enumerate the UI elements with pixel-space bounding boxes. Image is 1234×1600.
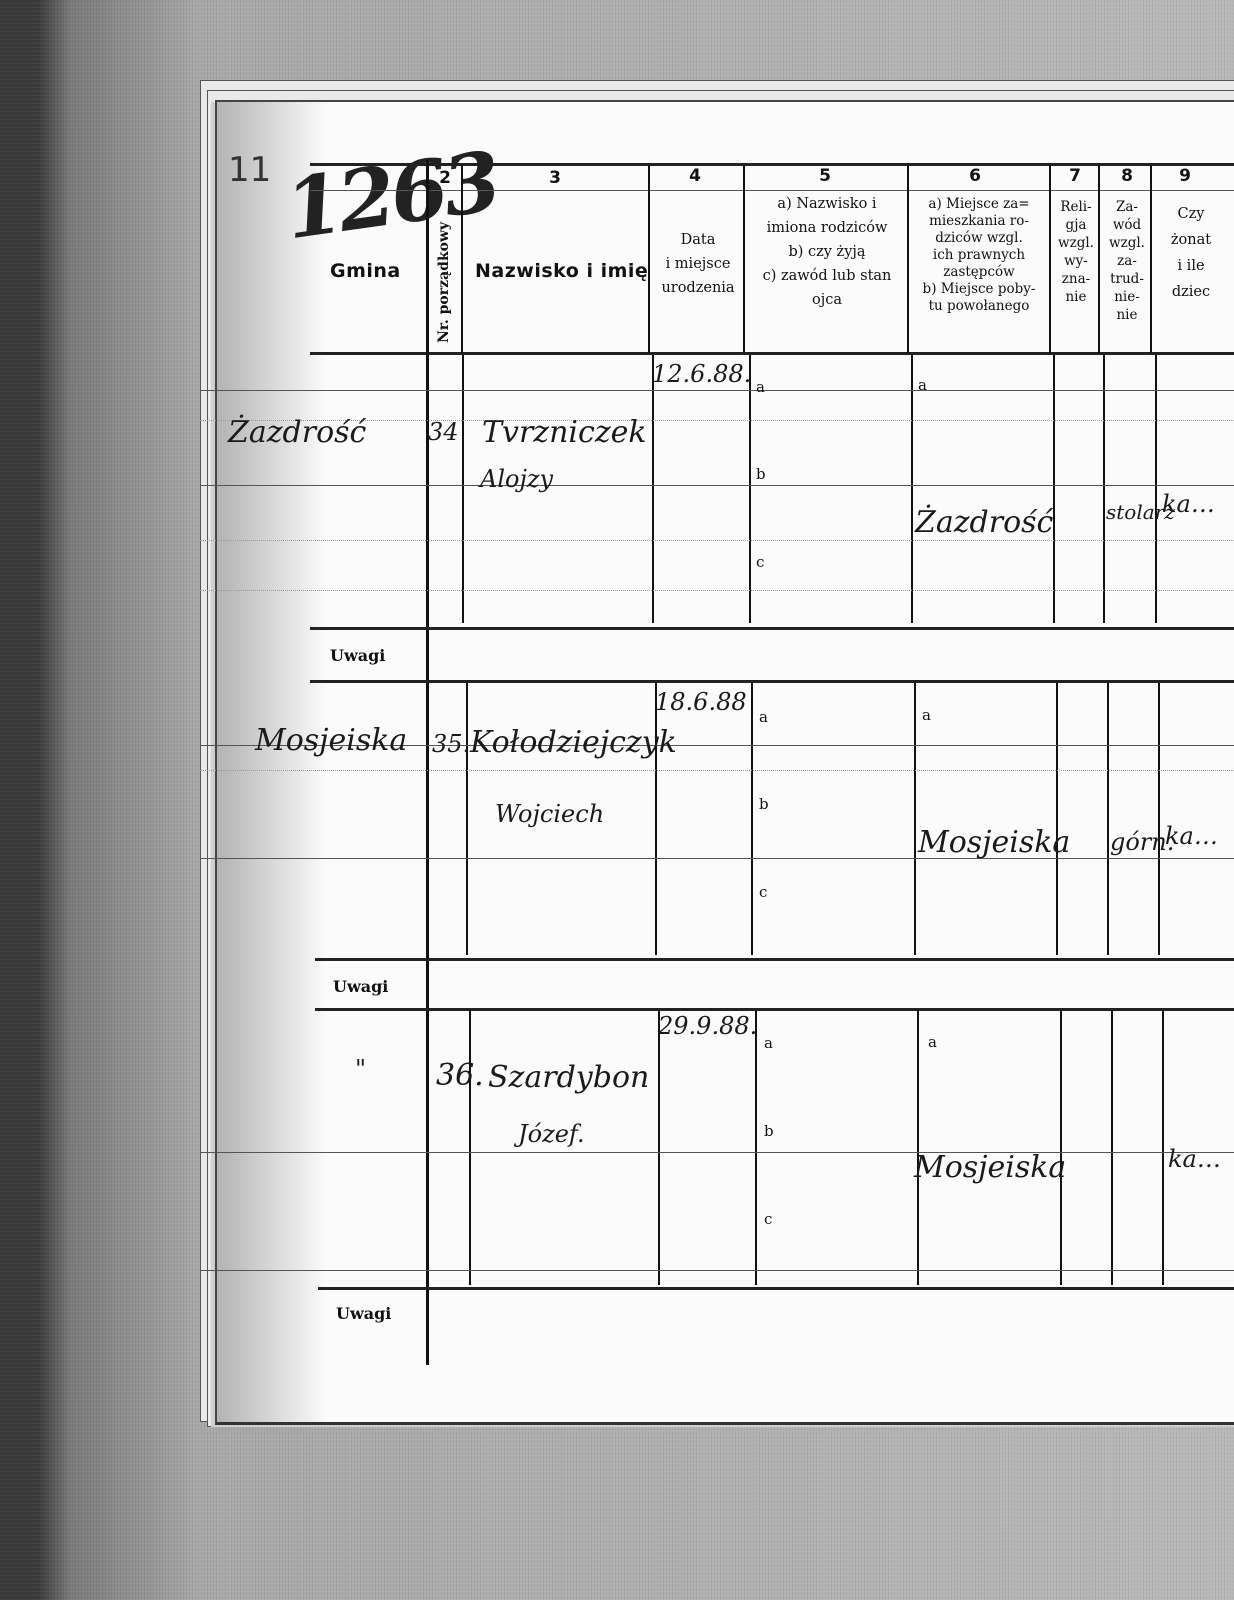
- entry-1-birth-date: 12.6.88.: [652, 360, 751, 388]
- header-nazwisko-imie: Nazwisko i imię: [475, 260, 648, 282]
- ruled-line: [200, 858, 1234, 859]
- column-number-8: 8: [1112, 166, 1142, 186]
- ruled-line: [200, 390, 1234, 391]
- entry-1-married: ka…: [1162, 490, 1215, 518]
- row1-divider: [1053, 355, 1055, 623]
- row1-divider: [911, 355, 913, 623]
- header-bottom-rule: [310, 352, 1234, 355]
- row1-divider: [1155, 355, 1157, 623]
- entry-2-surname: Kołodziejczyk: [470, 725, 677, 760]
- remarks-top-rule: [315, 958, 1234, 961]
- column-number-2: 2: [430, 168, 460, 188]
- row1-divider: [462, 355, 464, 623]
- entry-1-sub-c: c: [756, 553, 764, 571]
- entry-2-residence-b: Mosjeiska: [918, 825, 1070, 860]
- entry-3-residence-a-label: a: [928, 1033, 937, 1051]
- dotted-line: [200, 770, 1234, 771]
- entry-2-birth-date: 18.6.88: [655, 688, 747, 716]
- entry-2-sub-c: c: [759, 883, 767, 901]
- header-rodzice: a) Nazwisko i imiona rodziców b) czy żyj…: [746, 194, 908, 310]
- remarks-top-rule: [318, 1287, 1234, 1290]
- row2-divider: [751, 683, 753, 955]
- column-number-9: 9: [1170, 166, 1200, 186]
- entry-1-residence-b: Żazdrość: [915, 505, 1053, 540]
- ruled-line: [200, 485, 1234, 486]
- entry-2-first-name: Wojciech: [495, 800, 604, 828]
- column-divider-zawod: [1150, 165, 1152, 353]
- column-number-3: 3: [540, 168, 570, 188]
- header-top-rule: [310, 163, 1234, 166]
- row3-divider: [1162, 1010, 1164, 1285]
- header-gmina: Gmina: [330, 260, 401, 282]
- ruled-line: [200, 1152, 1234, 1153]
- row3-divider: [917, 1010, 919, 1285]
- row3-divider: [1111, 1010, 1113, 1285]
- row1-divider: [1103, 355, 1105, 623]
- column-number-4: 4: [680, 166, 710, 186]
- column-divider-miejsce: [1049, 165, 1051, 353]
- entry-2-residence-a-label: a: [922, 706, 931, 724]
- entry-1-surname: Tvrzniczek: [482, 415, 647, 450]
- column-number-7: 7: [1060, 166, 1090, 186]
- entry-3-sub-b: b: [764, 1122, 774, 1140]
- column-number-5: 5: [810, 166, 840, 186]
- entry-3-sub-a: a: [764, 1034, 773, 1052]
- row1-divider: [749, 355, 751, 623]
- header-zonaty: Czy żonat i ile dziec: [1156, 204, 1226, 302]
- page-shadow: [217, 102, 327, 1422]
- dotted-line: [200, 590, 1234, 591]
- entry-1-gmina: Żazdrość: [228, 415, 366, 450]
- row3-divider: [469, 1010, 471, 1285]
- remarks-bottom-rule: [315, 1008, 1234, 1011]
- remarks-label-2: Uwagi: [333, 977, 388, 996]
- entry-3-birth-date: 29.9.88.: [658, 1012, 757, 1040]
- column-divider-gmina: [426, 160, 429, 1365]
- entry-2-sub-b: b: [759, 795, 769, 813]
- remarks-label-3: Uwagi: [336, 1304, 391, 1323]
- header-zawod: Za- wód wzgl. za- trud- nie- nie: [1102, 198, 1152, 324]
- pencil-page-number: 11: [228, 150, 271, 190]
- column-divider-rodzice: [907, 165, 909, 353]
- entry-2-gmina: Mosjeiska: [255, 723, 407, 758]
- column-divider-data: [743, 165, 745, 353]
- entry-1-sub-b: b: [756, 465, 766, 483]
- ruled-line: [200, 1270, 1234, 1271]
- entry-1-first-name: Alojzy: [480, 465, 553, 493]
- header-miejsce-zamieszkania: a) Miejsce za= mieszkania ro- dziców wzg…: [908, 196, 1050, 315]
- remarks-bottom-rule: [310, 680, 1234, 683]
- entry-2-married: ka…: [1165, 822, 1218, 850]
- header-data-urodzenia: Data i miejsce urodzenia: [652, 230, 744, 298]
- entry-3-married: ka…: [1168, 1145, 1221, 1173]
- entry-3-sub-c: c: [764, 1210, 772, 1228]
- row2-divider: [1107, 683, 1109, 955]
- entry-1-sub-a: a: [756, 378, 765, 396]
- header-religja: Reli- gja wzgl. wy- zna- nie: [1052, 198, 1100, 306]
- row3-divider: [755, 1010, 757, 1285]
- column-number-rule: [310, 190, 1234, 191]
- entry-3-residence-b: Mosjeiska: [914, 1150, 1066, 1185]
- row3-divider: [1060, 1010, 1062, 1285]
- row3-divider: [658, 1010, 660, 1285]
- column-divider-nr: [461, 165, 463, 353]
- header-nr-porzadkowy: Nr. porządkowy: [436, 222, 452, 343]
- row2-divider: [466, 683, 468, 955]
- column-divider-nazwisko: [648, 165, 650, 353]
- remarks-label-1: Uwagi: [330, 646, 385, 665]
- row2-divider: [655, 683, 657, 955]
- column-divider-religja: [1098, 165, 1100, 353]
- row2-divider: [1158, 683, 1160, 955]
- entry-1-nr: 34: [428, 418, 459, 446]
- entry-2-nr: 35.: [432, 730, 470, 758]
- row2-divider: [914, 683, 916, 955]
- entry-3-surname: Szardybon: [488, 1060, 649, 1095]
- entry-2-sub-a: a: [759, 708, 768, 726]
- remarks-top-rule: [310, 627, 1234, 630]
- entry-3-first-name: Józef.: [518, 1120, 585, 1148]
- column-number-6: 6: [960, 166, 990, 186]
- entry-3-nr: 36.: [436, 1058, 484, 1093]
- row1-divider: [652, 355, 654, 623]
- dotted-line: [200, 540, 1234, 541]
- entry-3-gmina-ditto: ": [355, 1055, 366, 1083]
- row2-divider: [1056, 683, 1058, 955]
- entry-1-residence-a-label: a: [918, 376, 927, 394]
